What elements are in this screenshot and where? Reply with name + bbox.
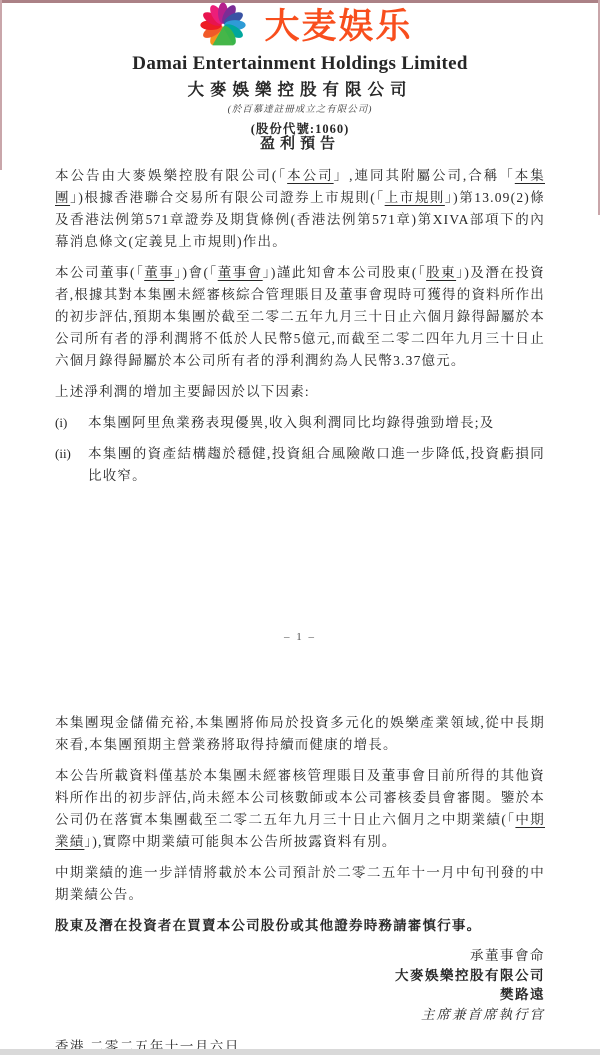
announcement-document-page: 大麦娱乐 Damai Entertainment Holdings Limite… — [0, 0, 600, 1055]
company-logo: 大麦娱乐 — [187, 2, 412, 50]
scan-edge-bottom — [0, 1049, 600, 1055]
factor-item-1-text: 本集團阿里魚業務表現優異,收入與利潤同比均錄得強勁增長;及 — [88, 412, 545, 434]
factor-item-2-marker: (ii) — [55, 443, 88, 487]
paragraph-profit-estimate: 本公司董事(「董事」)會(「董事會」)謹此知會本公司股東(「股東」)及潛在投資者… — [55, 262, 545, 372]
factor-item-1: (i) 本集團阿里魚業務表現優異,收入與利潤同比均錄得強勁增長;及 — [55, 412, 545, 434]
signature-title: 主席兼首席執行官 — [55, 1005, 545, 1025]
paragraph-regulatory-basis: 本公告由大麥娛樂控股有限公司(「本公司」,連同其附屬公司,合稱「本集團」)根據香… — [55, 165, 545, 253]
company-name-zh: 大麥娛樂控股有限公司 — [188, 76, 413, 100]
announcement-body-page2: 本集團現金儲備充裕,本集團將佈局於投資多元化的娛樂產業領域,從中長期來看,本集團… — [55, 712, 545, 1055]
paragraph-caution-warning: 股東及潛在投資者在買賣本公司股份或其他證券時務請審慎行事。 — [55, 915, 545, 937]
company-header: 大麦娱乐 Damai Entertainment Holdings Limite… — [0, 2, 600, 137]
signature-by-order: 承董事會命 — [55, 946, 545, 966]
paragraph-cash-reserve: 本集團現金儲備充裕,本集團將佈局於投資多元化的娛樂產業領域,從中長期來看,本集團… — [55, 712, 545, 756]
signature-name: 樊路遠 — [55, 985, 545, 1005]
incorporation-note: (於百慕達註冊成立之有限公司) — [228, 101, 373, 115]
paragraph-interim-results-notice: 中期業績的進一步詳情將載於本公司預計於二零二五年十一月中旬刊發的中期業績公告。 — [55, 862, 545, 906]
pinwheel-flower-icon — [187, 2, 259, 50]
factor-item-1-marker: (i) — [55, 412, 88, 434]
paragraph-factors-intro: 上述淨利潤的增加主要歸因於以下因素: — [55, 381, 545, 403]
company-name-en: Damai Entertainment Holdings Limited — [132, 53, 467, 75]
page-number: – 1 – — [0, 631, 600, 643]
paragraph-unaudited-disclaimer: 本公告所載資料僅基於本集團未經審核管理賬目及董事會目前所得的其他資料所作出的初步… — [55, 765, 545, 853]
announcement-body-page1: 盈利預告 本公告由大麥娛樂控股有限公司(「本公司」,連同其附屬公司,合稱「本集團… — [55, 132, 545, 487]
announcement-title: 盈利預告 — [55, 132, 545, 153]
logo-wordmark: 大麦娱乐 — [264, 9, 412, 44]
factor-item-2-text: 本集團的資產結構趨於穩健,投資組合風險敞口進一步降低,投資虧損同比收窄。 — [88, 443, 545, 487]
factor-item-2: (ii) 本集團的資產結構趨於穩健,投資組合風險敞口進一步降低,投資虧損同比收窄… — [55, 443, 545, 487]
signature-block: 承董事會命 大麥娛樂控股有限公司 樊路遠 主席兼首席執行官 — [55, 946, 545, 1024]
signature-company: 大麥娛樂控股有限公司 — [55, 966, 545, 986]
